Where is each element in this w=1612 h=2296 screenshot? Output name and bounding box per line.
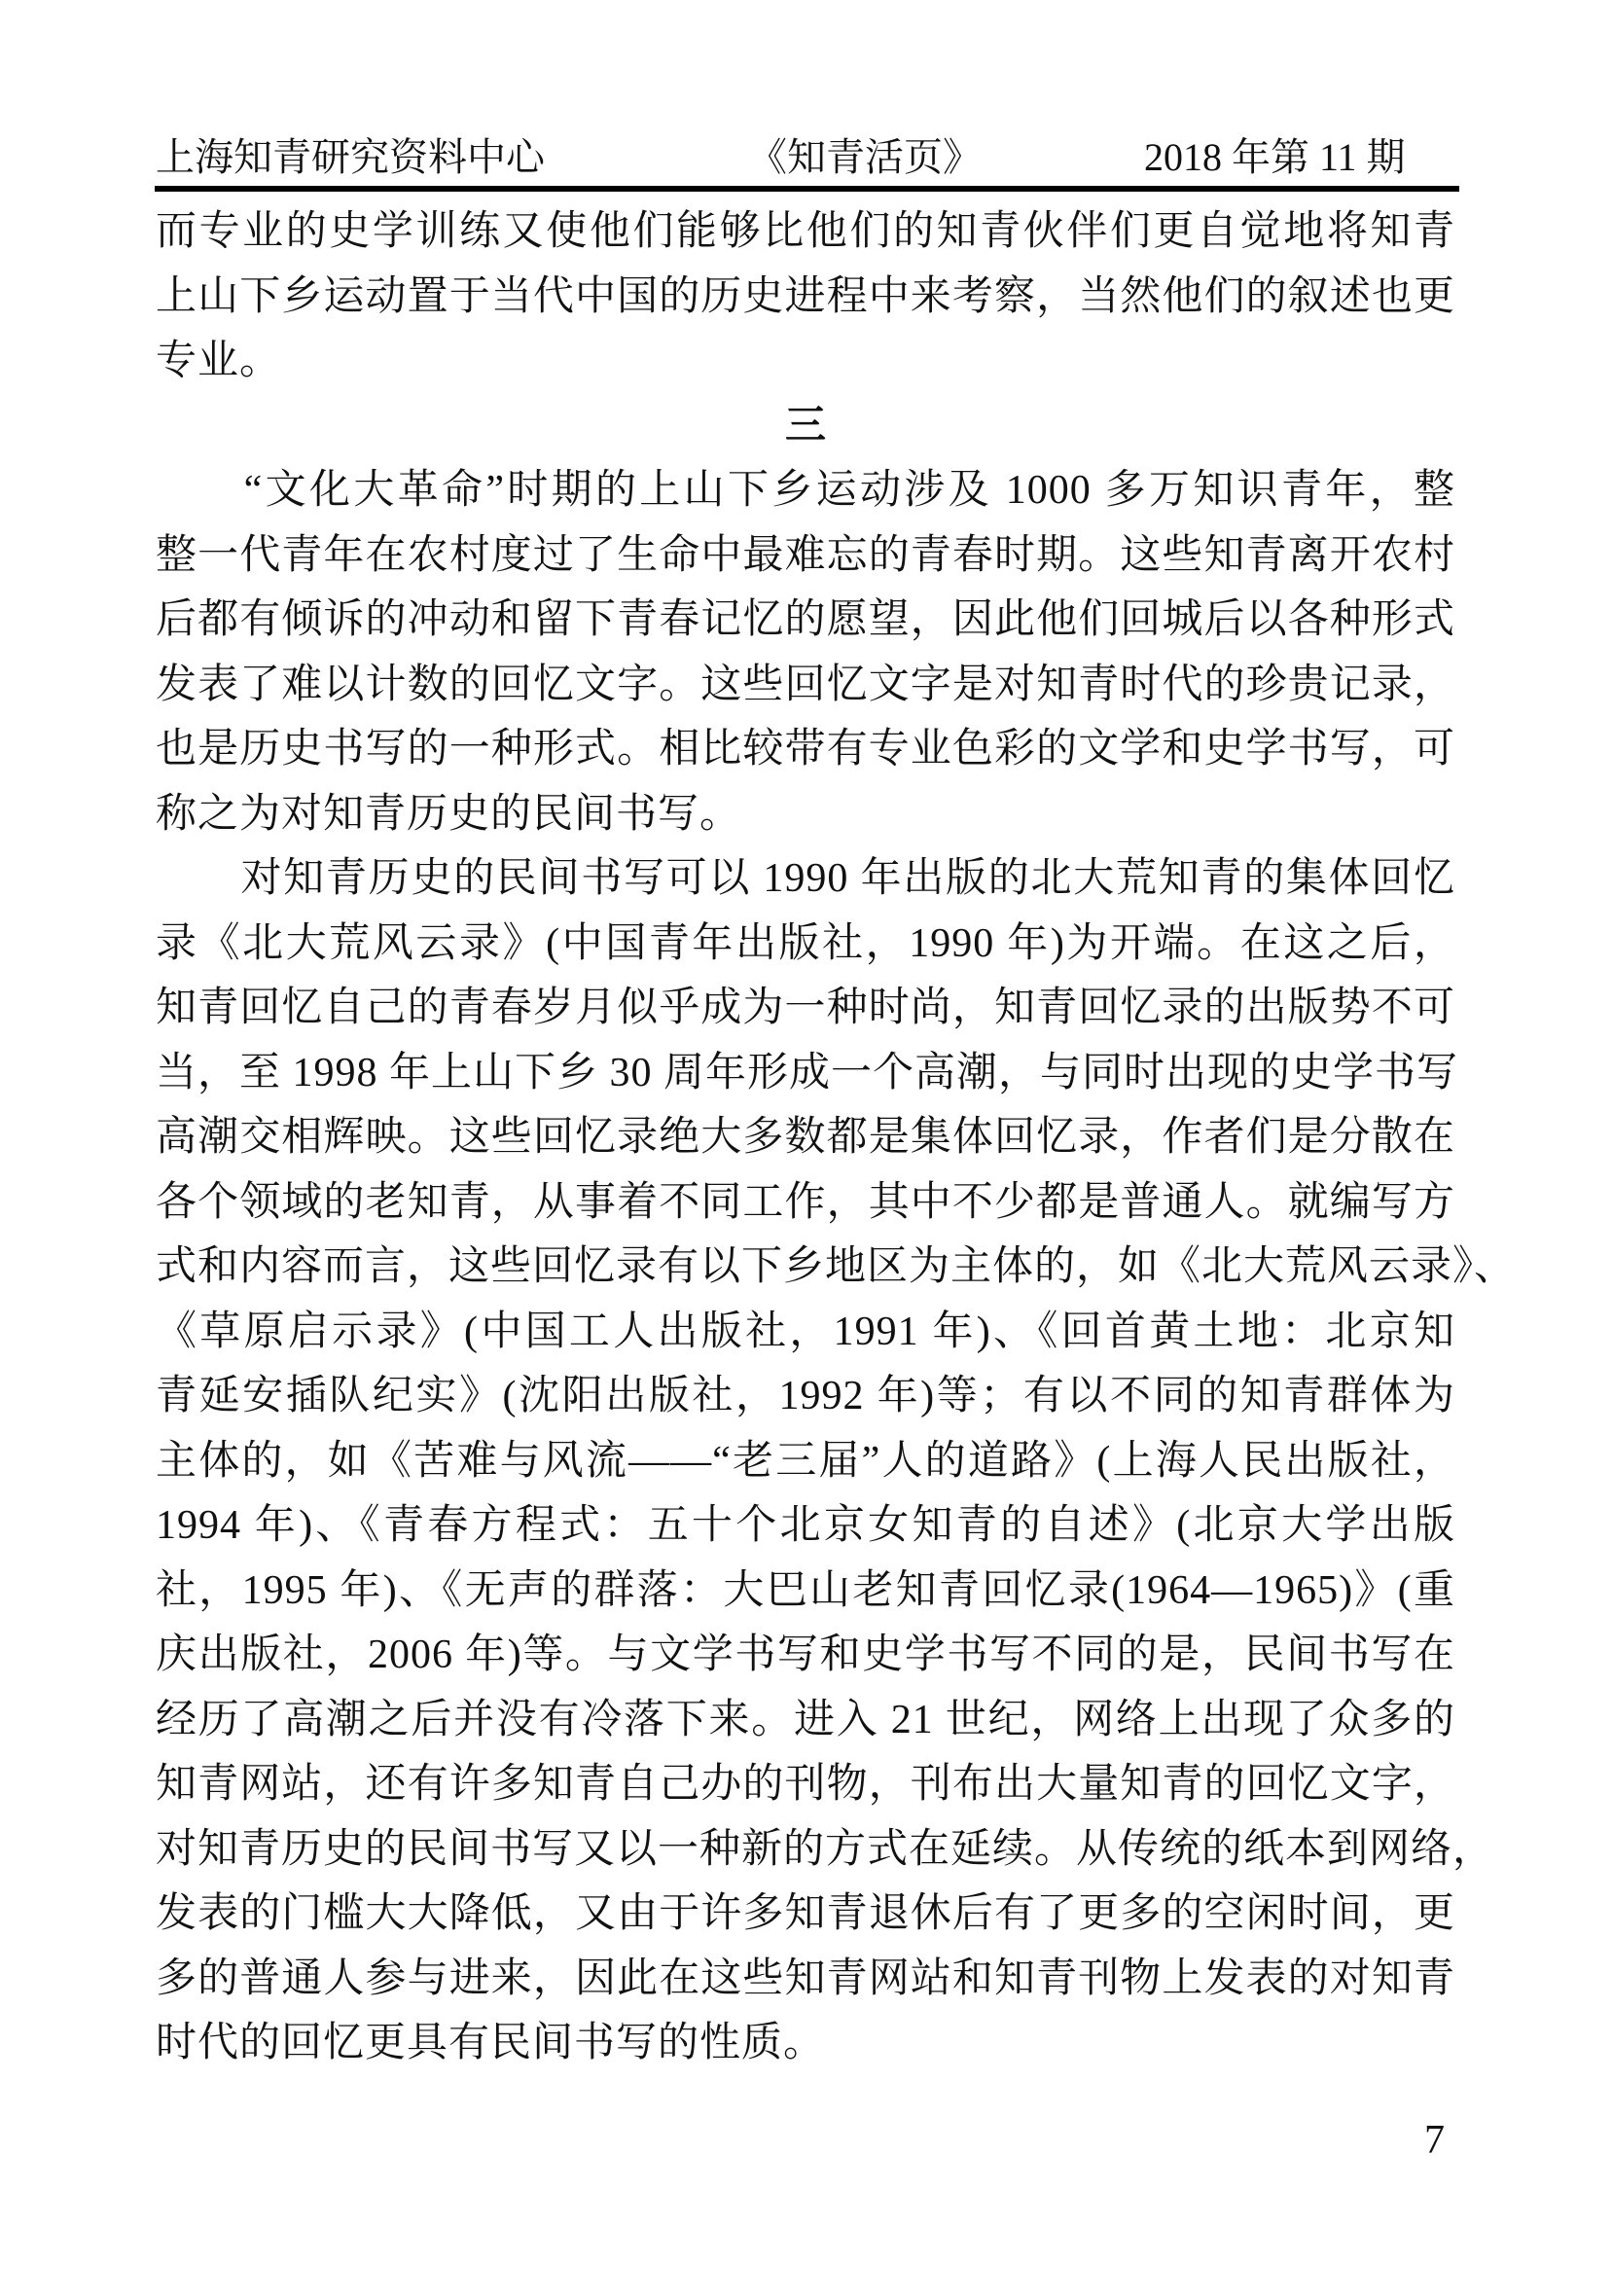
text-line: 时代的回忆更具有民间书写的性质。 [156, 2011, 1455, 2076]
text-line: 多的普通人参与进来，因此在这些知青网站和知青刊物上发表的对知青 [156, 1947, 1455, 2012]
text-line: 而专业的史学训练又使他们能够比他们的知青伙伴们更自觉地将知青 [156, 199, 1455, 265]
text-line: 社，1995 年)、《无声的群落：大巴山老知青回忆录(1964—1965)》(重 [156, 1559, 1455, 1624]
text-line: 后都有倾诉的冲动和留下青春记忆的愿望，因此他们回城后以各种形式 [156, 588, 1455, 653]
page-number: 7 [1424, 2117, 1445, 2164]
text-line: 专业。 [156, 329, 1455, 394]
text-line: 当，至 1998 年上山下乡 30 周年形成一个高潮，与同时出现的史学书写 [156, 1041, 1455, 1106]
header-organization: 上海知青研究资料中心 [156, 134, 545, 181]
text-line: “文化大革命”时期的上山下乡运动涉及 1000 多万知识青年，整 [156, 458, 1455, 523]
text-line: 主体的，如《苦难与风流——“老三届”人的道路》(上海人民出版社， [156, 1429, 1455, 1494]
header-rule [155, 186, 1459, 192]
text-line: 经历了高潮之后并没有冷落下来。进入 21 世纪，网络上出现了众多的 [156, 1688, 1455, 1753]
header-journal-title: 《知青活页》 [748, 134, 982, 181]
text-line: 对知青历史的民间书写又以一种新的方式在延续。从传统的纸本到网络， [156, 1817, 1455, 1883]
text-line: 知青网站，还有许多知青自己办的刊物，刊布出大量知青的回忆文字， [156, 1752, 1455, 1817]
document-page: 上海知青研究资料中心 《知青活页》 2018 年第 11 期 而专业的史学训练又… [0, 0, 1612, 2296]
text-line: 录《北大荒风云录》(中国青年出版社，1990 年)为开端。在这之后， [156, 912, 1455, 977]
text-line: 1994 年)、《青春方程式：五十个北京女知青的自述》(北京大学出版 [156, 1493, 1455, 1559]
text-line: 上山下乡运动置于当代中国的历史进程中来考察，当然他们的叙述也更 [156, 265, 1455, 330]
text-line: 发表的门槛大大降低，又由于许多知青退休后有了更多的空闲时间，更 [156, 1882, 1455, 1947]
text-line: 式和内容而言，这些回忆录有以下乡地区为主体的，如《北大荒风云录》、 [156, 1235, 1455, 1300]
text-line: 称之为对知青历史的民间书写。 [156, 782, 1455, 847]
text-line: 发表了难以计数的回忆文字。这些回忆文字是对知青时代的珍贵记录， [156, 653, 1455, 718]
header-issue-label: 2018 年第 11 期 [1144, 134, 1406, 181]
text-line: 对知青历史的民间书写可以 1990 年出版的北大荒知青的集体回忆 [156, 846, 1455, 912]
text-line: 青延安插队纪实》(沈阳出版社，1992 年)等；有以不同的知青群体为 [156, 1364, 1455, 1429]
text-line: 各个领域的老知青，从事着不同工作，其中不少都是普通人。就编写方 [156, 1170, 1455, 1236]
text-line: 整一代青年在农村度过了生命中最难忘的青春时期。这些知青离开农村 [156, 523, 1455, 589]
section-heading: 三 [156, 394, 1455, 459]
page-header: 上海知青研究资料中心 《知青活页》 2018 年第 11 期 [156, 134, 1455, 181]
text-line: 庆出版社，2006 年)等。与文学书写和史学书写不同的是，民间书写在 [156, 1623, 1455, 1688]
text-line: 也是历史书写的一种形式。相比较带有专业色彩的文学和史学书写，可 [156, 717, 1455, 782]
text-line: 高潮交相辉映。这些回忆录绝大多数都是集体回忆录，作者们是分散在 [156, 1105, 1455, 1170]
text-line: 《草原启示录》(中国工人出版社，1991 年)、《回首黄土地：北京知 [156, 1300, 1455, 1365]
text-line: 知青回忆自己的青春岁月似乎成为一种时尚，知青回忆录的出版势不可 [156, 976, 1455, 1041]
document-body: 而专业的史学训练又使他们能够比他们的知青伙伴们更自觉地将知青上山下乡运动置于当代… [156, 199, 1455, 2076]
